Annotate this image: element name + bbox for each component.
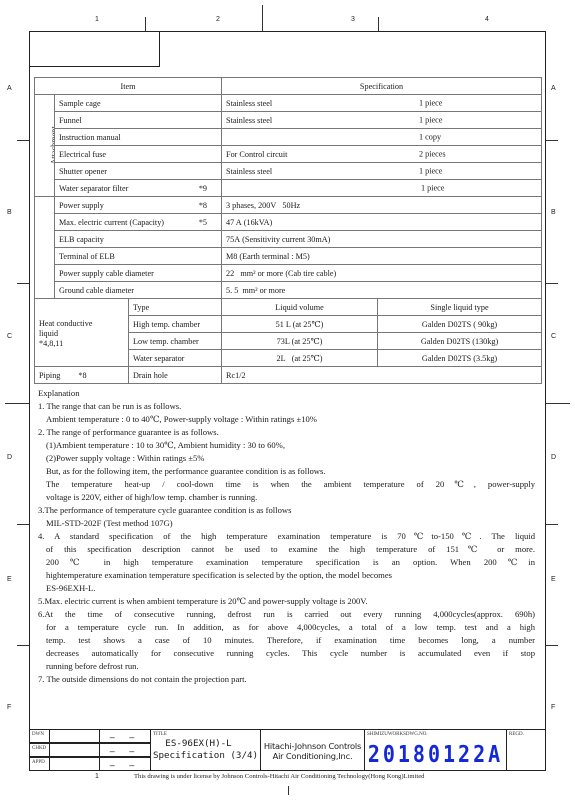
row-tick [17,283,29,284]
explanation-line: 4. A standard specification of the high … [38,530,535,543]
column-header-liquid: Single liquid type [378,299,542,316]
row-marker-f-left: F [7,704,11,711]
spec-cell: 22 mm² or more (Cab tire cable) [222,265,542,282]
quantity: 1 piece [421,184,444,193]
header-item: Item [35,78,222,95]
drawing-title-line1: ES-96EX(H)-L [137,738,260,749]
column-tick-center [262,5,263,31]
row-tick [546,140,558,141]
volume-cell: 51 L (at 25℃) [222,316,378,333]
type-cell: High temp. chamber [129,316,222,333]
item-cell: Instruction manual [55,129,222,146]
title-label: TITLE [153,732,167,737]
role-appd: APPD [29,757,50,771]
date-field-appd: – – [99,757,151,771]
drawing-number-cell: SHIMIZUWORKSDWG.NO. 20180122A [364,729,507,771]
piping-label: Piping*8 [35,367,129,384]
volume-cell: 73L (at 25℃) [222,333,378,350]
column-tick [378,17,379,31]
explanation-line: for a temperature cycle run. In addition… [38,621,535,634]
row-marker-d-left: D [7,454,12,461]
row-marker-b-right: B [551,209,556,216]
quantity: 1 piece [419,116,442,125]
explanation-line: ES-96EXH-L. [38,582,535,595]
column-marker-4: 4 [485,16,489,23]
drawing-number: 20180122A [365,740,506,768]
column-header-type: Type [129,299,222,316]
explanation-line: 200℃ in high temperature examination tem… [38,556,535,569]
footnote-ref: *5 [199,218,217,227]
explanation-line: voltage is 220V, either of high/low temp… [38,491,535,504]
table-row: Ground cable diameter 5. 5 mm² or more [35,282,542,299]
type-cell: Low temp. chamber [129,333,222,350]
item-cell: Water separator filter*9 [55,180,222,197]
spec-cell: 1 copy [222,129,542,146]
table-header-row: Item Specification [35,78,542,95]
spec-cell: Stainless steel1 piece [222,95,542,112]
explanation-section: Explanation 1. The range that can be run… [38,387,535,686]
type-cell: Water separator [129,350,222,367]
role-dwn: DWN [29,729,50,743]
company-name: Hitachi-Johnson Controls Air Conditionin… [261,741,364,761]
explanation-line: But, as for the following item, the perf… [38,465,535,478]
drawing-title-line2: Specification (3/4) [151,750,260,761]
table-row: Funnel Stainless steel1 piece [35,112,542,129]
spec-cell: Rc1/2 [222,367,542,384]
row-marker-e-left: E [7,576,12,583]
specification-table: Item Specification Attachment Sample cag… [34,77,542,384]
row-tick-center [5,403,29,404]
row-tick [17,645,29,646]
item-cell: Electrical fuse [55,146,222,163]
explanation-line: MIL-STD-202F (Test method 107G) [38,517,535,530]
table-row: Attachment Sample cage Stainless steel1 … [35,95,542,112]
explanation-line: 3.The performance of temperature cycle g… [38,504,535,517]
explanation-line: (1)Ambient temperature : 10 to 30℃, Ambi… [38,439,535,452]
row-marker-f-right: F [551,704,555,711]
row-marker-e-right: E [551,576,556,583]
spec-cell: M8 (Earth terminal : M5) [222,248,542,265]
company-cell: Hitachi-Johnson Controls Air Conditionin… [260,729,365,771]
item-cell: Shutter opener [55,163,222,180]
item-cell: Ground cable diameter [55,282,222,299]
item-cell: Terminal of ELB [55,248,222,265]
row-tick [546,524,558,525]
table-row: ELB capacity 75A (Sensitivity current 30… [35,231,542,248]
explanation-line: hightemperature examination temperature … [38,569,535,582]
table-row: Piping*8 Drain hole Rc1/2 [35,367,542,384]
row-tick [17,140,29,141]
liquid-cell: Galden D02TS ( 90kg) [378,316,542,333]
explanation-line: running before defrost run. [38,660,535,673]
table-row: Heat conductive liquid *4,8,11 Type Liqu… [35,299,542,316]
spec-cell: 75A (Sensitivity current 30mA) [222,231,542,248]
name-field-dwn [49,729,100,743]
group-label-attachment: Attachment [35,95,55,197]
corner-blank-box [29,31,160,67]
table-row: Electrical fuse For Control circuit2 pie… [35,146,542,163]
explanation-line: temp. test shows a case of 10 minutes. T… [38,634,535,647]
spec-cell: For Control circuit2 pieces [222,146,542,163]
row-tick [17,524,29,525]
role-chkd: CHKD [29,743,50,757]
row-marker-a-left: A [7,85,12,92]
spec-cell: 3 phases, 200V 50Hz [222,197,542,214]
row-marker-b-left: B [7,209,12,216]
quantity: 1 piece [419,167,442,176]
header-specification: Specification [222,78,542,95]
quantity: 1 copy [419,133,441,142]
table-row: Power supply cable diameter 22 mm² or mo… [35,265,542,282]
explanation-line: The temperature heat-up / cool-down time… [38,478,535,491]
column-tick [145,17,146,31]
table-row: Power source Power supply*8 3 phases, 20… [35,197,542,214]
item-cell: Power supply cable diameter [55,265,222,282]
quantity: 1 piece [419,99,442,108]
name-field-chkd [49,743,100,757]
column-marker-2: 2 [216,16,220,23]
table-row: Water separator filter*9 1 piece [35,180,542,197]
column-marker-1: 1 [95,16,99,23]
explanation-line: 2. The range of performance guarantee is… [38,426,535,439]
volume-cell: 2L (at 25℃) [222,350,378,367]
quantity: 2 pieces [419,150,446,159]
explanation-line: (2)Power supply voltage : Within ratings… [38,452,535,465]
spec-cell: 47 A (16kVA) [222,214,542,231]
regd-cell: REGD. [506,729,546,771]
explanation-line: decreases automatically for consecutive … [38,647,535,660]
name-field-appd [49,757,100,771]
row-tick [546,283,558,284]
liquid-cell: Galden D02TS (3.5kg) [378,350,542,367]
row-marker-a-right: A [551,85,556,92]
license-notice: This drawing is under license by Johnson… [134,773,424,780]
table-row: Max. electric current (Capacity)*5 47 A … [35,214,542,231]
regd-label: REGD. [509,732,524,737]
explanation-line: of this specification description cannot… [38,543,535,556]
drawing-number-label: SHIMIZUWORKSDWG.NO. [367,732,428,737]
item-cell: Power supply*8 [55,197,222,214]
explanation-line: 6.At the time of consecutive running, de… [38,608,535,621]
row-marker-d-right: D [551,454,556,461]
row-tick-center [546,403,570,404]
title-block: DWN CHKD APPD – – – – – – TITLE ES-96EX(… [29,729,546,771]
footnote-ref: *8 [199,201,217,210]
bottom-center-tick [288,786,289,795]
item-cell: Max. electric current (Capacity)*5 [55,214,222,231]
spec-cell: Stainless steel1 piece [222,112,542,129]
table-row: Shutter opener Stainless steel1 piece [35,163,542,180]
table-row: Instruction manual 1 copy [35,129,542,146]
item-cell: Sample cage [55,95,222,112]
bottom-column-marker: 1 [95,773,99,780]
item-cell: Drain hole [129,367,222,384]
explanation-line: 1. The range that can be run is as follo… [38,400,535,413]
footnote-ref: *9 [199,184,217,193]
heat-liquid-label: Heat conductive liquid *4,8,11 [35,299,129,367]
explanation-line: Ambient temperature : 0 to 40℃, Power-su… [38,413,535,426]
group-label-power-source: Power source [35,197,55,299]
item-cell: ELB capacity [55,231,222,248]
column-header-volume: Liquid volume [222,299,378,316]
explanation-heading: Explanation [38,387,535,400]
column-marker-3: 3 [351,16,355,23]
table-row: Terminal of ELB M8 (Earth terminal : M5) [35,248,542,265]
spec-cell: 1 piece [222,180,542,197]
row-marker-c-left: C [7,333,12,340]
spec-cell: Stainless steel1 piece [222,163,542,180]
row-marker-c-right: C [551,333,556,340]
footnote-ref: *8 [60,371,86,380]
row-tick [546,645,558,646]
spec-cell: 5. 5 mm² or more [222,282,542,299]
drawing-title-cell: TITLE ES-96EX(H)-L Specification (3/4) [150,729,261,771]
explanation-line: 5.Max. electric current is when ambient … [38,595,535,608]
explanation-line: 7. The outside dimensions do not contain… [38,673,535,686]
item-cell: Funnel [55,112,222,129]
liquid-cell: Galden D02TS (130kg) [378,333,542,350]
